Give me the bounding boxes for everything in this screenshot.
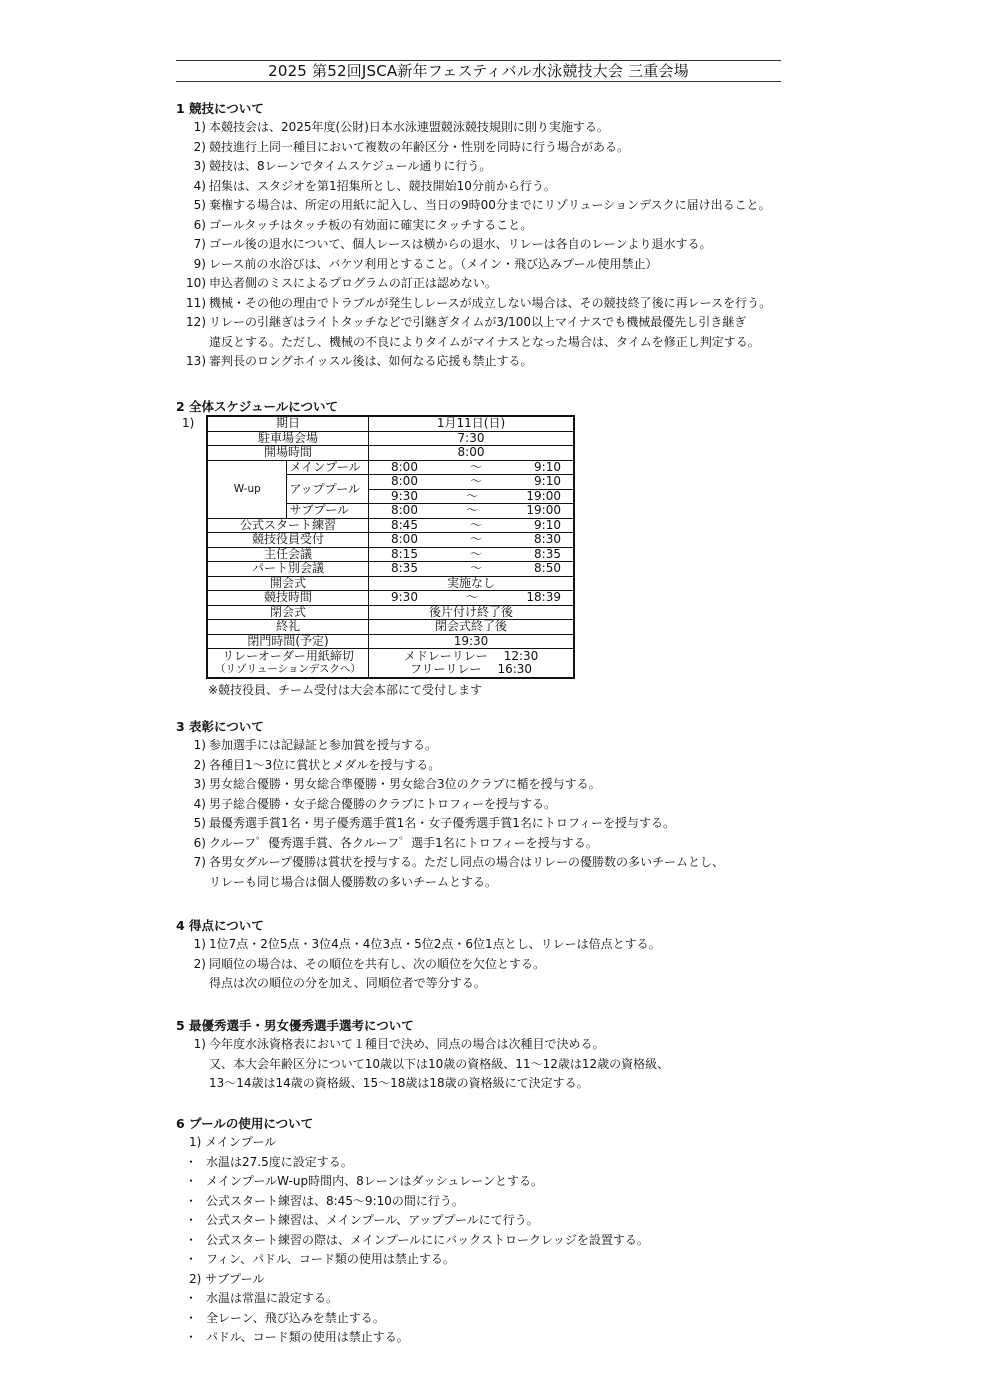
section-heading: 4 得点について xyxy=(176,917,661,935)
list-item: 6)クルーフ゜優秀選手賞、各クルーフ゜選手1名にトロフィーを授与する。 xyxy=(176,834,724,854)
table-cell: 8:00～9:10 xyxy=(369,475,575,490)
table-cell: 9:30～19:00 xyxy=(369,489,575,504)
schedule-table: 期日 1月11日(日) 駐車場会場 7:30 開場時間 8:00 W-up メイ… xyxy=(206,415,575,679)
bullet-item: ・全レーン、飛び込みを禁止する。 xyxy=(176,1309,649,1329)
table-cell: 競技役員受付 xyxy=(207,533,369,548)
table-cell: 19:30 xyxy=(369,634,575,649)
table-cell: 主任会議 xyxy=(207,547,369,562)
section-scoring: 4 得点について 1)1位7点・2位5点・3位4点・4位3点・5位2点・6位1点… xyxy=(176,917,661,994)
document-title: 2025 第52回JSCA新年フェスティバル水泳競技大会 三重会場 xyxy=(176,61,781,81)
list-item-continuation: リレーも同じ場合は個人優勝数の多いチームとする。 xyxy=(176,873,724,893)
sub-label: 1) xyxy=(182,416,194,430)
list-item-continuation: 13～14歳は14歳の資格級、15～18歳は18歳の資格級にて決定する。 xyxy=(176,1074,669,1094)
table-cell: W-up xyxy=(207,460,287,518)
table-cell: 8:15～8:35 xyxy=(369,547,575,562)
table-row: 開場時間 8:00 xyxy=(207,446,574,461)
list-item: 2)競技進行上同一種目において複数の年齢区分・性別を同時に行う場合がある。 xyxy=(176,138,771,158)
table-cell: メインプール xyxy=(287,460,369,475)
bullet-item: ・メインプールW-up時間内、8レーンはダッシュレーンとする。 xyxy=(176,1172,649,1192)
table-cell: 8:35～8:50 xyxy=(369,562,575,577)
list-item: 1)本競技会は、2025年度(公財)日本水泳連盟競泳競技規則に則り実施する。 xyxy=(176,118,771,138)
table-row: 開会式 実施なし xyxy=(207,576,574,591)
bullet-item: ・公式スタート練習の際は、メインプールににバックストロークレッジを設置する。 xyxy=(176,1231,649,1251)
table-cell: 期日 xyxy=(207,416,369,431)
table-cell: 閉会式終了後 xyxy=(369,620,575,635)
list-item: 5)棄権する場合は、所定の用紙に記入し、当日の9時00分までにリゾリューションデ… xyxy=(176,196,771,216)
table-cell: 9:30～18:39 xyxy=(369,591,575,606)
list-item: 6)ゴールタッチはタッチ板の有効面に確実にタッチすること。 xyxy=(176,216,771,236)
bullet-item: ・公式スタート練習は、8:45～9:10の間に行う。 xyxy=(176,1192,649,1212)
list-item: 5)最優秀選手賞1名・男子優秀選手賞1名・女子優秀選手賞1名にトロフィーを授与す… xyxy=(176,814,724,834)
table-cell: 8:00 xyxy=(369,446,575,461)
bullet-item: ・公式スタート練習は、メインプール、アッププールにて行う。 xyxy=(176,1211,649,1231)
section-schedule: 2 全体スケジュールについて xyxy=(176,398,338,416)
list-item: 2)各種目1～3位に賞状とメダルを授与する。 xyxy=(176,756,724,776)
list-item: 1)今年度水泳資格表において１種目で決め、同点の場合は次種目で決める。 xyxy=(176,1035,669,1055)
section-heading: 2 全体スケジュールについて xyxy=(176,398,338,416)
table-cell: 競技時間 xyxy=(207,591,369,606)
table-cell: 実施なし xyxy=(369,576,575,591)
table-row: パート別会議 8:35～8:50 xyxy=(207,562,574,577)
list-item-continuation: 違反とする。ただし、機械の不良によりタイムがマイナスとなった場合は、タイムを修正… xyxy=(176,333,771,353)
list-item: 7)各男女グループ優勝は賞状を授与する。ただし同点の場合はリレーの優勝数の多いチ… xyxy=(176,853,724,873)
bullet-item: ・水温は常温に設定する。 xyxy=(176,1289,649,1309)
table-cell: 駐車場会場 xyxy=(207,431,369,446)
table-cell: パート別会議 xyxy=(207,562,369,577)
list-item: 1)参加選手には記録証と参加賞を授与する。 xyxy=(176,736,724,756)
section-heading: 5 最優秀選手・男女優秀選手選考について xyxy=(176,1017,669,1035)
table-row: 駐車場会場 7:30 xyxy=(207,431,574,446)
bullet-item: ・パドル、コード類の使用は禁止する。 xyxy=(176,1328,649,1348)
section-mvp-selection: 5 最優秀選手・男女優秀選手選考について 1)今年度水泳資格表において１種目で決… xyxy=(176,1017,669,1094)
table-cell: 8:00～9:10 xyxy=(369,460,575,475)
table-cell: 閉門時間(予定) xyxy=(207,634,369,649)
section-heading: 6 プールの使用について xyxy=(176,1115,649,1133)
table-cell: アッププール xyxy=(287,475,369,504)
list-item: 11)機械・その他の理由でトラブルが発生しレースが成立しない場合は、その競技終了… xyxy=(176,294,771,314)
schedule-note: ※競技役員、チーム受付は大会本部にて受付します xyxy=(208,683,482,697)
section-heading: 3 表彰について xyxy=(176,718,724,736)
table-row: W-up メインプール 8:00～9:10 xyxy=(207,460,574,475)
table-cell: 後片付け終了後 xyxy=(369,605,575,620)
table-row: 終礼 閉会式終了後 xyxy=(207,620,574,635)
list-item: 12)リレーの引継ぎはライトタッチなどで引継ぎタイムが3/100以上マイナスでも… xyxy=(176,313,771,333)
list-item: 13)審判長のロングホイッスル後は、如何なる応援も禁止する。 xyxy=(176,352,771,372)
document-page: 2025 第52回JSCA新年フェスティバル水泳競技大会 三重会場 1 競技につ… xyxy=(0,0,989,1400)
list-item: 10)申込者側のミスによるプログラムの訂正は認めない。 xyxy=(176,274,771,294)
sub-heading-main-pool: 1) メインプール xyxy=(176,1133,649,1153)
list-item: 4)招集は、スタジオを第1招集所とし、競技開始10分前から行う。 xyxy=(176,177,771,197)
list-item: 3)男女総合優勝・男女総合準優勝・男女総合3位のクラブに楯を授与する。 xyxy=(176,775,724,795)
bullet-item: ・フィン、パドル、コード類の使用は禁止する。 xyxy=(176,1250,649,1270)
table-row: 競技役員受付 8:00～8:30 xyxy=(207,533,574,548)
table-cell: 終礼 xyxy=(207,620,369,635)
table-cell: リレーオーダー用紙締切 （リゾリューションデスクへ） xyxy=(207,649,369,679)
table-cell: サブプール xyxy=(287,504,369,519)
table-cell: 開会式 xyxy=(207,576,369,591)
table-cell: 開場時間 xyxy=(207,446,369,461)
list-item: 4)男子総合優勝・女子総合優勝のクラブにトロフィーを授与する。 xyxy=(176,795,724,815)
table-cell: 8:00～19:00 xyxy=(369,504,575,519)
table-row: 主任会議 8:15～8:35 xyxy=(207,547,574,562)
table-row: 競技時間 9:30～18:39 xyxy=(207,591,574,606)
list-item: 9)レース前の水浴びは、バケツ利用とすること。（メイン・飛び込みプール使用禁止） xyxy=(176,255,771,275)
table-row: 公式スタート練習 8:45～9:10 xyxy=(207,518,574,533)
table-cell: メドレーリレー12:30 フリーリレー16:30 xyxy=(369,649,575,679)
list-item: 1)1位7点・2位5点・3位4点・4位3点・5位2点・6位1点とし、リレーは倍点… xyxy=(176,935,661,955)
title-rule: 2025 第52回JSCA新年フェスティバル水泳競技大会 三重会場 xyxy=(176,60,781,82)
list-item: 7)ゴール後の退水について、個人レースは横からの退水、リレーは各自のレーンより退… xyxy=(176,235,771,255)
list-item-continuation: 得点は次の順位の分を加え、同順位者で等分する。 xyxy=(176,974,661,994)
table-row: リレーオーダー用紙締切 （リゾリューションデスクへ） メドレーリレー12:30 … xyxy=(207,649,574,679)
section-awards: 3 表彰について 1)参加選手には記録証と参加賞を授与する。 2)各種目1～3位… xyxy=(176,718,724,892)
table-cell: 8:45～9:10 xyxy=(369,518,575,533)
table-row: 閉会式 後片付け終了後 xyxy=(207,605,574,620)
list-item: 3)競技は、8レーンでタイムスケジュール通りに行う。 xyxy=(176,157,771,177)
table-cell: 1月11日(日) xyxy=(369,416,575,431)
list-item-continuation: 又、本大会年齢区分について10歳以下は10歳の資格級、11～12歳は12歳の資格… xyxy=(176,1055,669,1075)
section-competition: 1 競技について 1)本競技会は、2025年度(公財)日本水泳連盟競泳競技規則に… xyxy=(176,100,771,372)
table-cell: 閉会式 xyxy=(207,605,369,620)
table-row: 閉門時間(予定) 19:30 xyxy=(207,634,574,649)
table-cell: 7:30 xyxy=(369,431,575,446)
bullet-item: ・水温は27.5度に設定する。 xyxy=(176,1153,649,1173)
section-heading: 1 競技について xyxy=(176,100,771,118)
section-pool-usage: 6 プールの使用について 1) メインプール ・水温は27.5度に設定する。 ・… xyxy=(176,1115,649,1348)
table-row: 期日 1月11日(日) xyxy=(207,416,574,431)
table-cell: 8:00～8:30 xyxy=(369,533,575,548)
list-item: 2)同順位の場合は、その順位を共有し、次の順位を欠位とする。 xyxy=(176,955,661,975)
table-cell: 公式スタート練習 xyxy=(207,518,369,533)
sub-heading-sub-pool: 2) サブプール xyxy=(176,1270,649,1290)
